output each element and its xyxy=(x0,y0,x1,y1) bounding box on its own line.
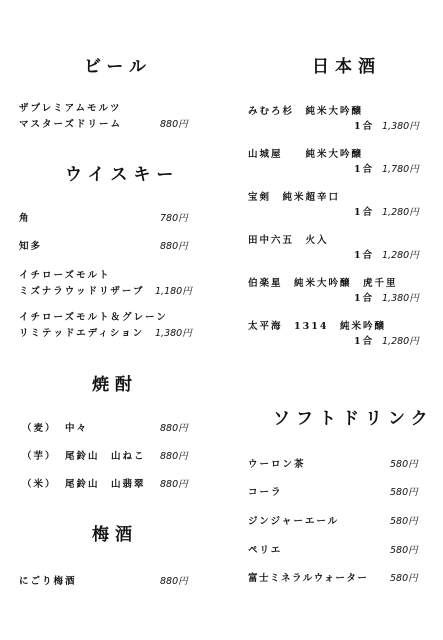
menu-item-name: 尾鈴山 山ねこ xyxy=(65,448,146,462)
menu-item-name: 角 xyxy=(19,210,31,224)
section-title-soft-drinks: ソフトドリンク xyxy=(273,404,434,429)
menu-item-price: 580円 xyxy=(390,513,418,527)
menu-item-qty: 1合 xyxy=(354,204,374,218)
menu-item-name-line1: ザプレミアムモルツ xyxy=(19,100,121,114)
menu-item-price: 1,180円 xyxy=(155,283,192,297)
menu-item-price: 780円 xyxy=(160,210,188,224)
menu-item-qty: 1合 xyxy=(354,290,374,304)
menu-item-name: 山城屋 純米大吟醸 xyxy=(248,146,363,160)
menu-item-name: 伯楽星 純米大吟醸 虎千里 xyxy=(248,275,398,289)
menu-item-price: 1,380円 xyxy=(382,290,419,304)
menu-item-price: 580円 xyxy=(390,542,418,556)
section-title-whisky: ウイスキー xyxy=(65,160,179,185)
menu-item-price: 880円 xyxy=(160,238,188,252)
menu-item-name: 太平海 1314 純米吟醸 xyxy=(248,318,386,332)
menu-item-price: 1,280円 xyxy=(382,247,419,261)
menu-item-name: 田中六五 火入 xyxy=(248,232,329,246)
menu-item-price: 580円 xyxy=(390,456,418,470)
menu-item-name: コーラ xyxy=(248,484,283,498)
menu-item-name: ジンジャーエール xyxy=(248,513,339,527)
section-title-beer: ビール xyxy=(84,52,152,77)
menu-item-name: 知多 xyxy=(19,238,42,252)
menu-item-qty: 1合 xyxy=(354,333,374,347)
menu-item-price: 1,280円 xyxy=(382,333,419,347)
menu-item-price: 880円 xyxy=(160,573,188,587)
menu-item-qty: 1合 xyxy=(354,247,374,261)
menu-item-name-line1: イチローズモルト＆グレーン xyxy=(19,309,168,323)
shochu-type: （米） xyxy=(22,476,57,490)
menu-item-name: にごり梅酒 xyxy=(19,573,77,587)
section-title-sake: 日本酒 xyxy=(312,52,381,77)
menu-item-name-line2: ミズナラウッドリザーブ xyxy=(19,283,144,297)
menu-item-price: 580円 xyxy=(390,570,418,584)
section-title-shochu: 焼酎 xyxy=(92,370,138,395)
menu-item-price: 1,280円 xyxy=(382,204,419,218)
shochu-type: （麦） xyxy=(22,420,57,434)
menu-item-name: 中々 xyxy=(65,420,88,434)
menu-item-price: 1,780円 xyxy=(382,161,419,175)
menu-item-name-line2: リミテッドエディション xyxy=(19,325,144,339)
menu-item-name: みむろ杉 純米大吟醸 xyxy=(248,103,363,117)
shochu-type: （芋） xyxy=(22,448,57,462)
menu-item-price: 1,380円 xyxy=(155,325,192,339)
section-title-umeshu: 梅酒 xyxy=(92,520,138,545)
menu-item-price: 880円 xyxy=(160,420,188,434)
menu-item-name-line1: イチローズモルト xyxy=(19,267,111,281)
menu-item-price: 880円 xyxy=(160,448,188,462)
menu-item-qty: 1合 xyxy=(354,161,374,175)
menu-item-qty: 1合 xyxy=(354,118,374,132)
menu-item-name-line2: マスターズドリーム xyxy=(19,116,122,130)
menu-item-price: 580円 xyxy=(390,484,418,498)
menu-item-name: 宝剣 純米超辛口 xyxy=(248,189,340,203)
menu-item-price: 880円 xyxy=(160,116,188,130)
menu-item-name: ペリエ xyxy=(248,542,282,556)
menu-item-name: 尾鈴山 山翡翠 xyxy=(65,476,146,490)
menu-item-name: 富士ミネラルウォーター xyxy=(248,570,368,584)
menu-item-price: 880円 xyxy=(160,476,188,490)
menu-item-price: 1,380円 xyxy=(382,118,419,132)
menu-item-name: ウーロン茶 xyxy=(248,456,306,470)
